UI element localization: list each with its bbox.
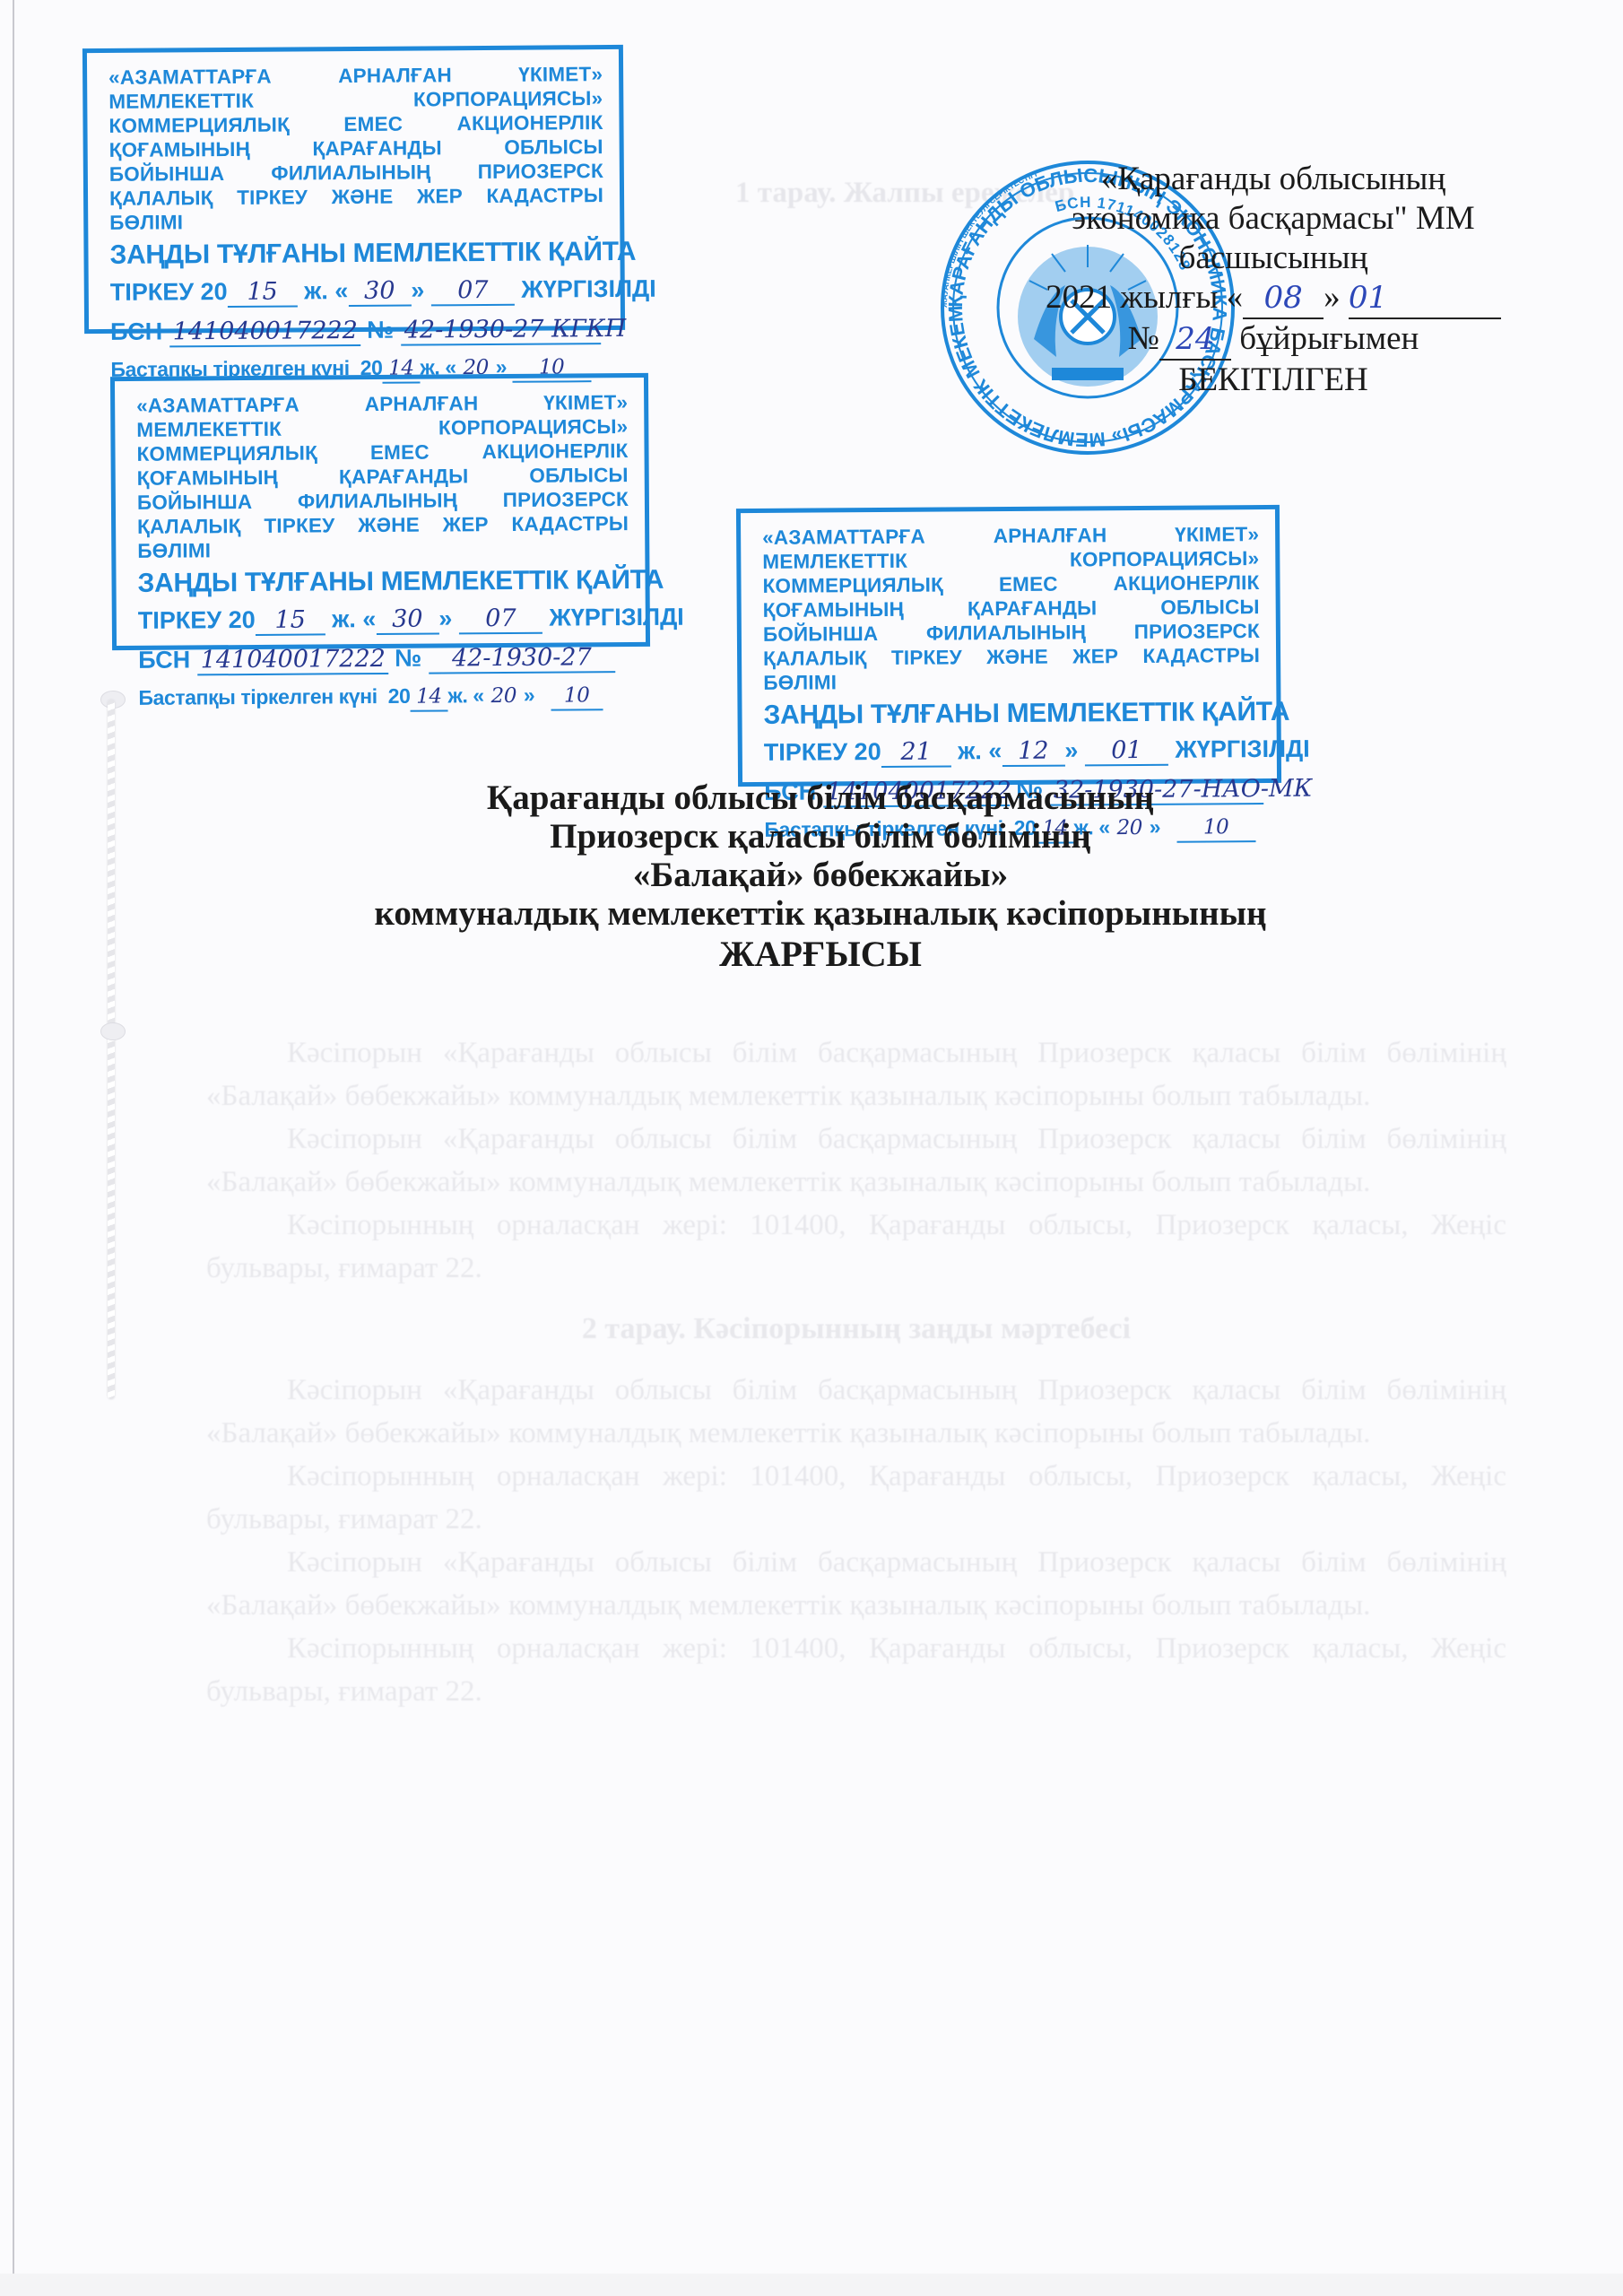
handwritten-order-number: 24 xyxy=(1159,319,1231,361)
label: ТІРКЕУ 20 xyxy=(764,738,881,766)
binding-string xyxy=(108,700,115,1399)
stamp-initial-date: Бастапқы тіркелген күні 2014ж. «20» 10 xyxy=(138,676,629,716)
stamp-header: «АЗАМАТТАРҒА АРНАЛҒАН ҮКІМЕТ» МЕМЛЕКЕТТІ… xyxy=(108,62,603,235)
label: ТІРКЕУ 20 xyxy=(110,278,228,306)
handwritten-year: 15 xyxy=(256,606,325,636)
approval-date: 2021 жылғы «08» 01 xyxy=(1040,278,1506,319)
binding-hole xyxy=(100,1022,126,1040)
approval-line-2: экономика басқармасы" ММ xyxy=(1040,199,1506,239)
label: 2021 жылғы « xyxy=(1046,279,1243,316)
bleed-chapter2-heading: 2 тарау. Кәсіпорынның заңды мәртебесі xyxy=(206,1308,1506,1351)
label: » xyxy=(1324,279,1341,316)
handwritten-month: 07 xyxy=(431,277,515,307)
approved-label: БЕКІТІЛГЕН xyxy=(1040,361,1506,400)
label: БСН xyxy=(138,646,190,673)
approval-block: «Қарағанды облысының экономика басқармас… xyxy=(1040,160,1506,400)
stamp-registration-date: ТІРКЕУ 2015 ж. «30» 07 ЖҮРГІЗІЛДІ xyxy=(138,597,629,640)
bleed-paragraph: Кәсіпорынның орналасқан жері: 101400, Қа… xyxy=(206,1455,1506,1541)
label: ж. « xyxy=(958,737,1002,764)
handwritten-bin: 141040017222 xyxy=(169,317,360,347)
stamp-title: ЗАҢДЫ ТҰЛҒАНЫ МЕМЛЕКЕТТІК ҚАЙТА xyxy=(763,695,1260,733)
label: ЖҮРГІЗІЛДІ xyxy=(521,275,656,303)
bleed-paragraph: Кәсіпорынның орналасқан жері: 101400, Қа… xyxy=(206,1627,1506,1713)
handwritten-day: 08 xyxy=(1243,278,1324,319)
handwritten-month: 10 xyxy=(551,682,603,710)
bleed-paragraph: Кәсіпорынның орналасқан жері: 101400, Қа… xyxy=(206,1204,1506,1290)
label: № xyxy=(1128,320,1159,357)
label: ЖҮРГІЗІЛДІ xyxy=(1175,735,1310,763)
handwritten-year: 14 xyxy=(410,683,447,711)
label: БСН xyxy=(110,317,162,344)
bleed-paragraph: Кәсіпорын «Қарағанды облысы білім басқар… xyxy=(206,1031,1506,1118)
label: ж. « xyxy=(332,605,376,632)
stamp-title: ЗАҢДЫ ТҰЛҒАНЫ МЕМЛЕКЕТТІК ҚАЙТА xyxy=(109,235,603,273)
page-edge xyxy=(13,0,14,2296)
label: » xyxy=(438,604,452,631)
bleed-paragraph: Кәсіпорын «Қарағанды облысы білім басқар… xyxy=(206,1118,1506,1204)
handwritten-bin: 141040017222 xyxy=(197,646,388,675)
label: ж. « xyxy=(447,683,483,707)
page-bottom-edge xyxy=(0,2274,1623,2296)
label: ЖҮРГІЗІЛДІ xyxy=(549,604,684,631)
label: № xyxy=(395,645,421,672)
registration-stamp: «АЗАМАТТАРҒА АРНАЛҒАН ҮКІМЕТ» МЕМЛЕКЕТТІ… xyxy=(110,373,650,650)
handwritten-reg-number: 42-1930-27 xyxy=(429,644,615,674)
approval-line-1: «Қарағанды облысының xyxy=(1040,160,1506,199)
stamp-title: ЗАҢДЫ ТҰЛҒАНЫ МЕМЛЕКЕТТІК ҚАЙТА xyxy=(137,563,629,601)
handwritten-year: 15 xyxy=(228,278,298,308)
bleed-paragraph: Кәсіпорын «Қарағанды облысы білім басқар… xyxy=(206,1541,1506,1627)
label: ж. « xyxy=(304,277,348,304)
label: ТІРКЕУ 20 xyxy=(138,606,256,634)
handwritten-month: 07 xyxy=(459,605,542,635)
label: » xyxy=(411,276,424,303)
handwritten-reg-number: 42-1930-27 КГКП xyxy=(401,316,601,346)
label: » xyxy=(1064,736,1078,763)
label: № xyxy=(367,317,394,344)
stamp-bin-row: БСН 141040017222 № 42-1930-27 xyxy=(138,637,629,680)
approval-line-3: басшысының xyxy=(1040,239,1506,278)
stamp-registration-date: ТІРКЕУ 2015 ж. «30» 07 ЖҮРГІЗІЛДІ xyxy=(110,269,604,312)
handwritten-day: 12 xyxy=(1002,738,1064,767)
title-line-5: ЖАРҒЫСЫ xyxy=(251,935,1390,973)
registration-stamp: «АЗАМАТТАРҒА АРНАЛҒАН ҮКІМЕТ» МЕМЛЕКЕТТІ… xyxy=(736,505,1281,787)
bleed-paragraph: Кәсіпорын «Қарағанды облысы білім басқар… xyxy=(206,1369,1506,1455)
title-line-2: Приозерск қаласы білім бөлімінің xyxy=(251,817,1390,856)
handwritten-day: 20 xyxy=(484,683,524,709)
label: » xyxy=(524,683,535,707)
title-line-4: коммуналдық мемлекеттік қазыналық кәсіпо… xyxy=(251,894,1390,933)
registration-stamp: «АЗАМАТТАРҒА АРНАЛҒАН ҮКІМЕТ» МЕМЛЕКЕТТІ… xyxy=(82,45,625,334)
handwritten-day: 30 xyxy=(376,606,438,635)
label: бұйрығымен xyxy=(1239,320,1419,357)
bleed-through-text: Кәсіпорын «Қарағанды облысы білім басқар… xyxy=(206,1031,1506,1713)
title-line-3: «Балақай» бөбекжайы» xyxy=(251,856,1390,894)
handwritten-month: 01 xyxy=(1085,737,1168,767)
label: Бастапқы тіркелген күні xyxy=(138,684,377,709)
document-title: Қарағанды облысы білім басқармасының При… xyxy=(251,778,1390,973)
stamp-bin-row: БСН 141040017222 № 42-1930-27 КГКП xyxy=(110,309,604,352)
stamp-header: «АЗАМАТТАРҒА АРНАЛҒАН ҮКІМЕТ» МЕМЛЕКЕТТІ… xyxy=(762,522,1260,695)
stamp-registration-date: ТІРКЕУ 2021 ж. «12» 01 ЖҮРГІЗІЛДІ xyxy=(764,729,1261,772)
label: 20 xyxy=(388,684,411,708)
handwritten-day: 30 xyxy=(348,278,411,307)
approval-order: №24 бұйрығымен xyxy=(1040,319,1506,361)
handwritten-year: 21 xyxy=(881,738,951,768)
stamp-header: «АЗАМАТТАРҒА АРНАЛҒАН ҮКІМЕТ» МЕМЛЕКЕТТІ… xyxy=(136,390,629,563)
handwritten-month: 01 xyxy=(1349,278,1501,319)
title-line-1: Қарағанды облысы білім басқармасының xyxy=(251,778,1390,817)
